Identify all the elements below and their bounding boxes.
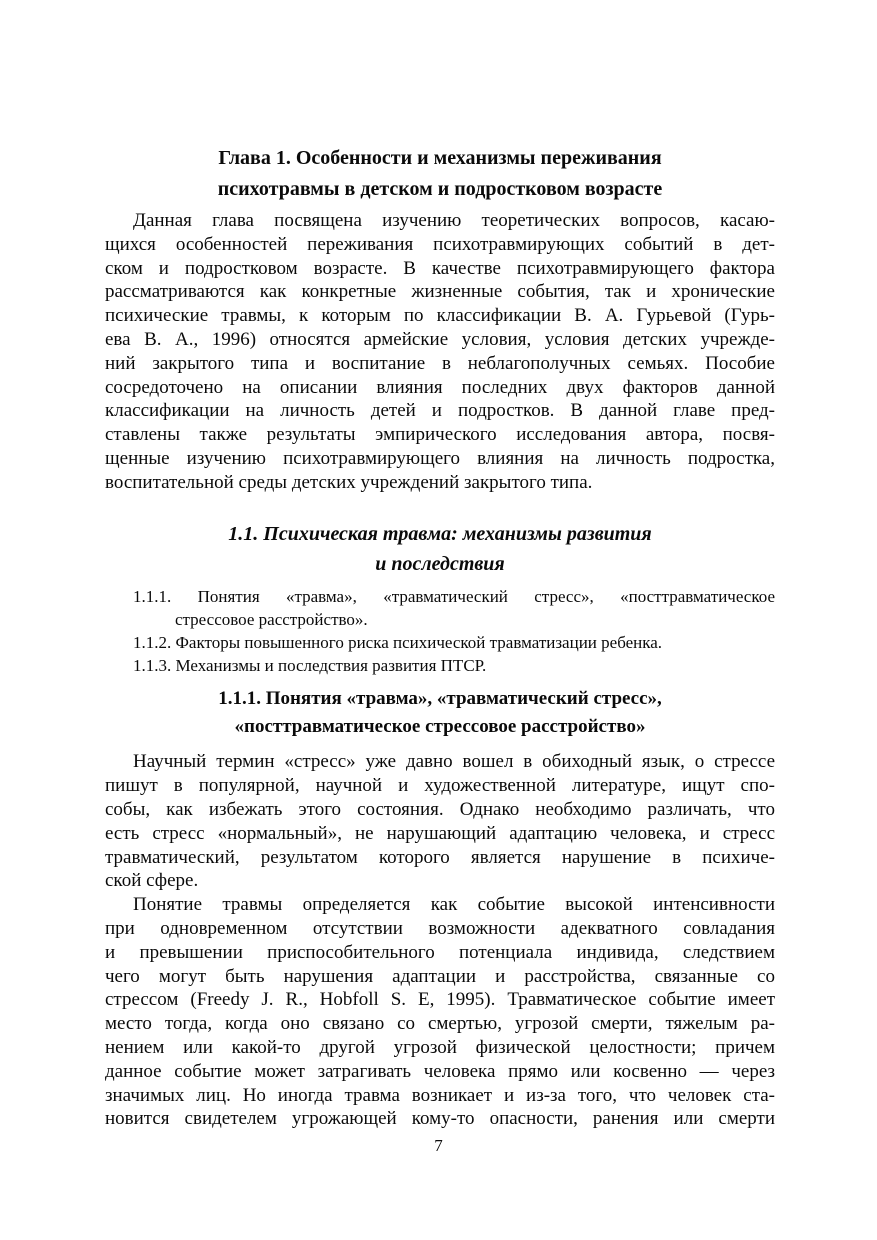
paragraph-line: щихся особенностей переживания психотрав…	[105, 233, 775, 257]
paragraph-line: психические травмы, к которым по классиф…	[105, 304, 775, 328]
paragraph-line: травматический, результатом которого явл…	[105, 846, 775, 870]
paragraph-line: при одновременном отсутствии возможности…	[105, 917, 775, 941]
paragraph-intro: Данная глава посвящена изучению теоретич…	[105, 209, 775, 495]
paragraph-line: чего могут быть нарушения адаптации и ра…	[105, 965, 775, 989]
paragraph-line: классификации на личность детей и подрос…	[105, 399, 775, 423]
chapter-title-line-1: Глава 1. Особенности и механизмы пережив…	[105, 143, 775, 174]
paragraph-stress-term: Научный термин «стресс» уже давно вошел …	[105, 750, 775, 893]
paragraph-line: пишут в популярной, научной и художестве…	[105, 774, 775, 798]
book-page: Глава 1. Особенности и механизмы пережив…	[0, 0, 877, 1240]
subsection-heading-line-2: «посттравматическое стрессовое расстройс…	[105, 713, 775, 741]
paragraph-line: ева В. А., 1996) относятся армейские усл…	[105, 328, 775, 352]
paragraph-line: Научный термин «стресс» уже давно вошел …	[105, 750, 775, 774]
chapter-title: Глава 1. Особенности и механизмы пережив…	[105, 0, 775, 205]
subsection-list: 1.1.1. Понятия «травма», «травматический…	[105, 585, 775, 678]
paragraph-line: место тогда, когда оно связано со смерть…	[105, 1012, 775, 1036]
paragraph-line: ставлены также результаты эмпирического …	[105, 423, 775, 447]
list-item-1-1-2: 1.1.2. Факторы повышенного риска психиче…	[133, 631, 775, 654]
section-heading-line-1: 1.1. Психическая травма: механизмы разви…	[105, 519, 775, 549]
section-heading-1-1: 1.1. Психическая травма: механизмы разви…	[105, 519, 775, 579]
paragraph-line: значимых лиц. Но иногда травма возникает…	[105, 1084, 775, 1108]
paragraph-line: Данная глава посвящена изучению теоретич…	[105, 209, 775, 233]
subsection-heading-line-1: 1.1.1. Понятия «травма», «травматический…	[105, 685, 775, 713]
paragraph-line: новится свидетелем угрожающей кому-то оп…	[105, 1107, 775, 1131]
paragraph-line: рассматриваются как конкретные жизненные…	[105, 280, 775, 304]
list-item-1-1-1: 1.1.1. Понятия «травма», «травматический…	[133, 585, 775, 608]
subsection-heading-1-1-1: 1.1.1. Понятия «травма», «травматический…	[105, 685, 775, 741]
paragraph-line: ний закрытого типа и воспитание в неблаг…	[105, 352, 775, 376]
section-heading-line-2: и последствия	[105, 549, 775, 579]
chapter-title-line-2: психотравмы в детском и подростковом воз…	[105, 174, 775, 205]
paragraph-line: нением или какой-то другой угрозой физич…	[105, 1036, 775, 1060]
paragraph-line: ском и подростковом возрасте. В качестве…	[105, 257, 775, 281]
paragraph-line: Понятие травмы определяется как событие …	[105, 893, 775, 917]
paragraph-line: сосредоточено на описании влияния послед…	[105, 376, 775, 400]
paragraph-line: и превышении приспособительного потенциа…	[105, 941, 775, 965]
list-item-1-1-3: 1.1.3. Механизмы и последствия развития …	[133, 654, 775, 677]
paragraph-line: ской сфере.	[105, 869, 775, 893]
paragraph-line: стрессом (Freedy J. R., Hobfoll S. E, 19…	[105, 988, 775, 1012]
paragraph-line: воспитательной среды детских учреждений …	[105, 471, 775, 495]
paragraph-line: данное событие может затрагивать человек…	[105, 1060, 775, 1084]
page-number: 7	[0, 1136, 877, 1156]
paragraph-line: собы, как избежать этого состояния. Одна…	[105, 798, 775, 822]
paragraph-trauma-definition: Понятие травмы определяется как событие …	[105, 893, 775, 1131]
paragraph-line: щенные изучению психотравмирующего влиян…	[105, 447, 775, 471]
paragraph-line: есть стресс «нормальный», не нарушающий …	[105, 822, 775, 846]
list-item-1-1-1-continuation: стрессовое расстройство».	[175, 608, 775, 631]
